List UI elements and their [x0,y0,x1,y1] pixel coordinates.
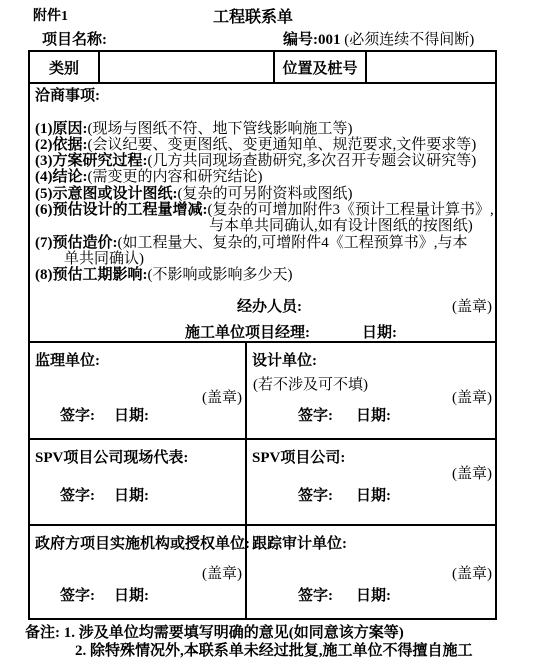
handler-stamp-label: (盖章) [452,295,492,316]
signature-row-1: 监理单位: (盖章) 签字: 日期: 设计单位: (若不涉及可不填) (盖章) … [30,343,495,440]
handler-label: 经办人员: [237,295,302,316]
header-row: 类别 位置及桩号 [30,52,495,84]
meta-row: 项目名称: 编号:001 (必须连续不得间断) [0,28,546,48]
date-label: 日期: [356,584,391,605]
location-label-cell: 位置及桩号 [275,52,367,82]
location-value-cell [367,52,495,82]
design-unit-label: 设计单位: [252,349,317,370]
doc-number-note: (必须连续不得间断) [344,32,474,48]
sign-label: 签字: [60,484,95,505]
item-2-basis: (2)依据:(会议纪要、变更图纸、变更通知单、规范要求,文件要求等) [35,137,495,153]
date-label: 日期: [356,484,391,505]
government-agency-label: 政府方项目实施机构或授权单位: [35,532,250,553]
stamp-label: (盖章) [452,562,492,583]
sign-label: 签字: [298,404,333,425]
sign-label: 签字: [298,484,333,505]
footnote-line-1: 备注: 1. 涉及单位均需要填写明确的意见(如同意该方案等) [25,625,473,643]
stamp-label: (盖章) [202,562,242,583]
spv-site-rep-label: SPV项目公司现场代表: [35,446,188,467]
audit-unit-label: 跟踪审计单位: [252,532,347,553]
item-8-schedule: (8)预估工期影响:(不影响或影响多少天) [35,267,495,283]
doc-number: 编号:001 (必须连续不得间断) [283,28,474,49]
manager-line: 施工单位项目经理: 日期: [30,321,495,337]
spv-company-label: SPV项目公司: [252,446,345,467]
date-label: 日期: [114,584,149,605]
blank-line [35,104,495,120]
stamp-label: (盖章) [452,462,492,483]
project-name-label: 项目名称: [42,28,107,49]
handler-line: 经办人员: (盖章) [30,295,495,311]
sign-label: 签字: [298,584,333,605]
item-6-quantity-cont: 与本单共同确认,如有设计图纸的按图纸) [35,218,495,234]
stamp-label: (盖章) [202,386,242,407]
date-label: 日期: [114,404,149,425]
supervision-unit-cell: 监理单位: (盖章) 签字: 日期: [30,343,247,438]
government-agency-cell: 政府方项目实施机构或授权单位: (盖章) 签字: 日期: [30,526,247,618]
item-3-process: (3)方案研究过程:(几方共同现场查勘研究,多次召开专题会议研究等) [35,153,495,169]
negotiation-heading: 洽商事项: [35,88,495,104]
supervision-unit-label: 监理单位: [35,349,100,370]
footnote-line-2: 2. 除特殊情况外,本联系单未经过批复,施工单位不得擅自施工 [25,643,473,661]
spv-site-rep-cell: SPV项目公司现场代表: 签字: 日期: [30,440,247,524]
footnote: 备注: 1. 涉及单位均需要填写明确的意见(如同意该方案等) 2. 除特殊情况外… [25,625,473,660]
category-value-cell [100,52,275,82]
doc-number-value: 编号:001 [283,32,341,48]
negotiation-lines: 洽商事项: (1)原因:(现场与图纸不符、地下管线影响施工等) (2)依据:(会… [30,84,495,284]
stamp-label: (盖章) [452,386,492,407]
design-unit-note: (若不涉及可不填) [253,373,368,394]
category-label-cell: 类别 [30,52,100,82]
sign-label: 签字: [60,404,95,425]
signature-row-2: SPV项目公司现场代表: 签字: 日期: SPV项目公司: (盖章) 签字: 日… [30,440,495,526]
form-table: 类别 位置及桩号 洽商事项: (1)原因:(现场与图纸不符、地下管线影响施工等)… [28,50,497,620]
signature-row-3: 政府方项目实施机构或授权单位: (盖章) 签字: 日期: 跟踪审计单位: (盖章… [30,526,495,618]
audit-unit-cell: 跟踪审计单位: (盖章) 签字: 日期: [247,526,495,618]
manager-date-label: 日期: [362,321,397,342]
page-title: 工程联系单 [0,4,506,27]
footnote-label: 备注: [25,625,60,641]
item-7-cost-cont: 单共同确认) [35,251,495,267]
item-5-diagram: (5)示意图或设计图纸:(复杂的可另附资料或图纸) [35,186,495,202]
spv-company-cell: SPV项目公司: (盖章) 签字: 日期: [247,440,495,524]
item-6-quantity: (6)预估设计的工程量增减:(复杂的可增加附件3《预计工程量计算书》, [35,202,495,218]
design-unit-cell: 设计单位: (若不涉及可不填) (盖章) 签字: 日期: [247,343,495,438]
negotiation-box: 洽商事项: (1)原因:(现场与图纸不符、地下管线影响施工等) (2)依据:(会… [30,84,495,343]
date-label: 日期: [114,484,149,505]
item-4-conclusion: (4)结论:(需变更的内容和研究结论) [35,169,495,185]
date-label: 日期: [356,404,391,425]
sign-label: 签字: [60,584,95,605]
construction-manager-label: 施工单位项目经理: [185,321,310,342]
document-page: 附件1 工程联系单 项目名称: 编号:001 (必须连续不得间断) 类别 位置及… [0,0,546,668]
item-7-cost: (7)预估造价:(如工程量大、复杂的,可增附件4《工程预算书》,与本 [35,235,495,251]
item-1-reason: (1)原因:(现场与图纸不符、地下管线影响施工等) [35,121,495,137]
